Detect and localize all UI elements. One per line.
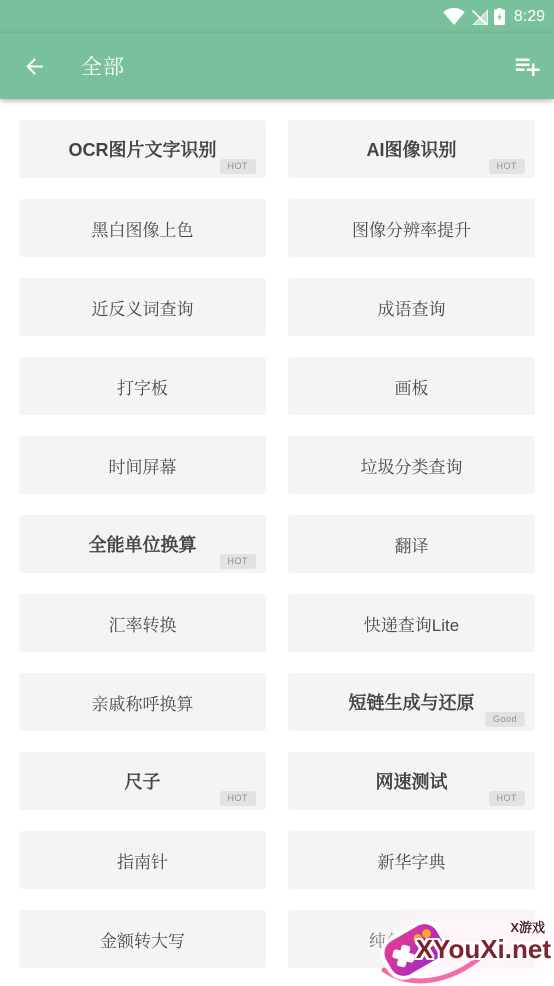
tool-label: 新华字典 [378,848,446,873]
tool-card[interactable]: 成语查询 [288,278,535,336]
tool-card[interactable]: 短链生成与还原Good [288,673,535,731]
tools-grid: OCR图片文字识别HOTAI图像识别HOT黑白图像上色图像分辨率提升近反义词查询… [0,99,554,968]
back-arrow-icon [22,54,47,79]
tool-card[interactable]: 打字板 [19,357,266,415]
status-bar: 8:29 [0,0,554,33]
tool-label: 图像分辨率提升 [352,216,471,241]
tool-label: 垃圾分类查询 [361,453,463,478]
tool-label: 短链生成与还原 [349,689,475,715]
back-button[interactable] [22,54,47,79]
tool-card[interactable]: 黑白图像上色 [19,199,266,257]
tool-card[interactable]: 垃圾分类查询 [288,436,535,494]
tool-card[interactable]: 亲戚称呼换算 [19,673,266,731]
tool-badge: HOT [220,159,257,174]
tool-label: 打字板 [117,374,168,399]
tool-label: 快递查询Lite [364,611,459,636]
tool-card[interactable]: 纯色图制作 [288,910,535,968]
tool-card[interactable]: AI图像识别HOT [288,120,535,178]
no-signal-icon [471,9,488,25]
tool-card[interactable]: 全能单位换算HOT [19,515,266,573]
tool-label: 网速测试 [376,768,448,794]
tool-card[interactable]: 快递查询Lite [288,594,535,652]
tool-label: 汇率转换 [109,611,177,636]
tool-label: 金额转大写 [100,927,185,952]
battery-charging-icon [494,8,505,25]
app-bar: 全部 [0,33,554,99]
tool-card[interactable]: OCR图片文字识别HOT [19,120,266,178]
playlist-add-button[interactable] [512,51,542,81]
tool-badge: HOT [220,791,257,806]
tool-badge: HOT [489,791,526,806]
tool-badge: HOT [489,159,526,174]
tool-badge: HOT [220,554,257,569]
tool-label: 翻译 [395,532,429,557]
tool-card[interactable]: 金额转大写 [19,910,266,968]
tool-card[interactable]: 网速测试HOT [288,752,535,810]
tool-label: 指南针 [117,848,168,873]
tool-card[interactable]: 翻译 [288,515,535,573]
tool-card[interactable]: 近反义词查询 [19,278,266,336]
tool-card[interactable]: 汇率转换 [19,594,266,652]
tool-label: 全能单位换算 [89,531,197,557]
tool-card[interactable]: 尺子HOT [19,752,266,810]
tool-card[interactable]: 画板 [288,357,535,415]
app-screen: 8:29 全部 OCR图片文字识别HOTAI图像识别HOT黑白图像上色图像分辨率… [0,0,554,986]
tool-label: 黑白图像上色 [92,216,194,241]
tool-card[interactable]: 图像分辨率提升 [288,199,535,257]
tool-card[interactable]: 时间屏幕 [19,436,266,494]
playlist-add-icon [512,51,542,81]
tool-label: 亲戚称呼换算 [92,690,194,715]
wifi-icon [443,8,465,25]
tool-label: 尺子 [125,768,161,794]
tool-card[interactable]: 新华字典 [288,831,535,889]
tool-label: 纯色图制作 [369,927,454,952]
status-time: 8:29 [514,9,545,25]
page-title: 全部 [81,51,125,81]
tool-card[interactable]: 指南针 [19,831,266,889]
tool-label: OCR图片文字识别 [69,136,217,162]
tool-label: 成语查询 [378,295,446,320]
tool-label: 时间屏幕 [109,453,177,478]
tool-label: AI图像识别 [367,136,457,162]
tool-badge: Good [485,712,525,727]
tool-label: 画板 [395,374,429,399]
tool-label: 近反义词查询 [92,295,194,320]
